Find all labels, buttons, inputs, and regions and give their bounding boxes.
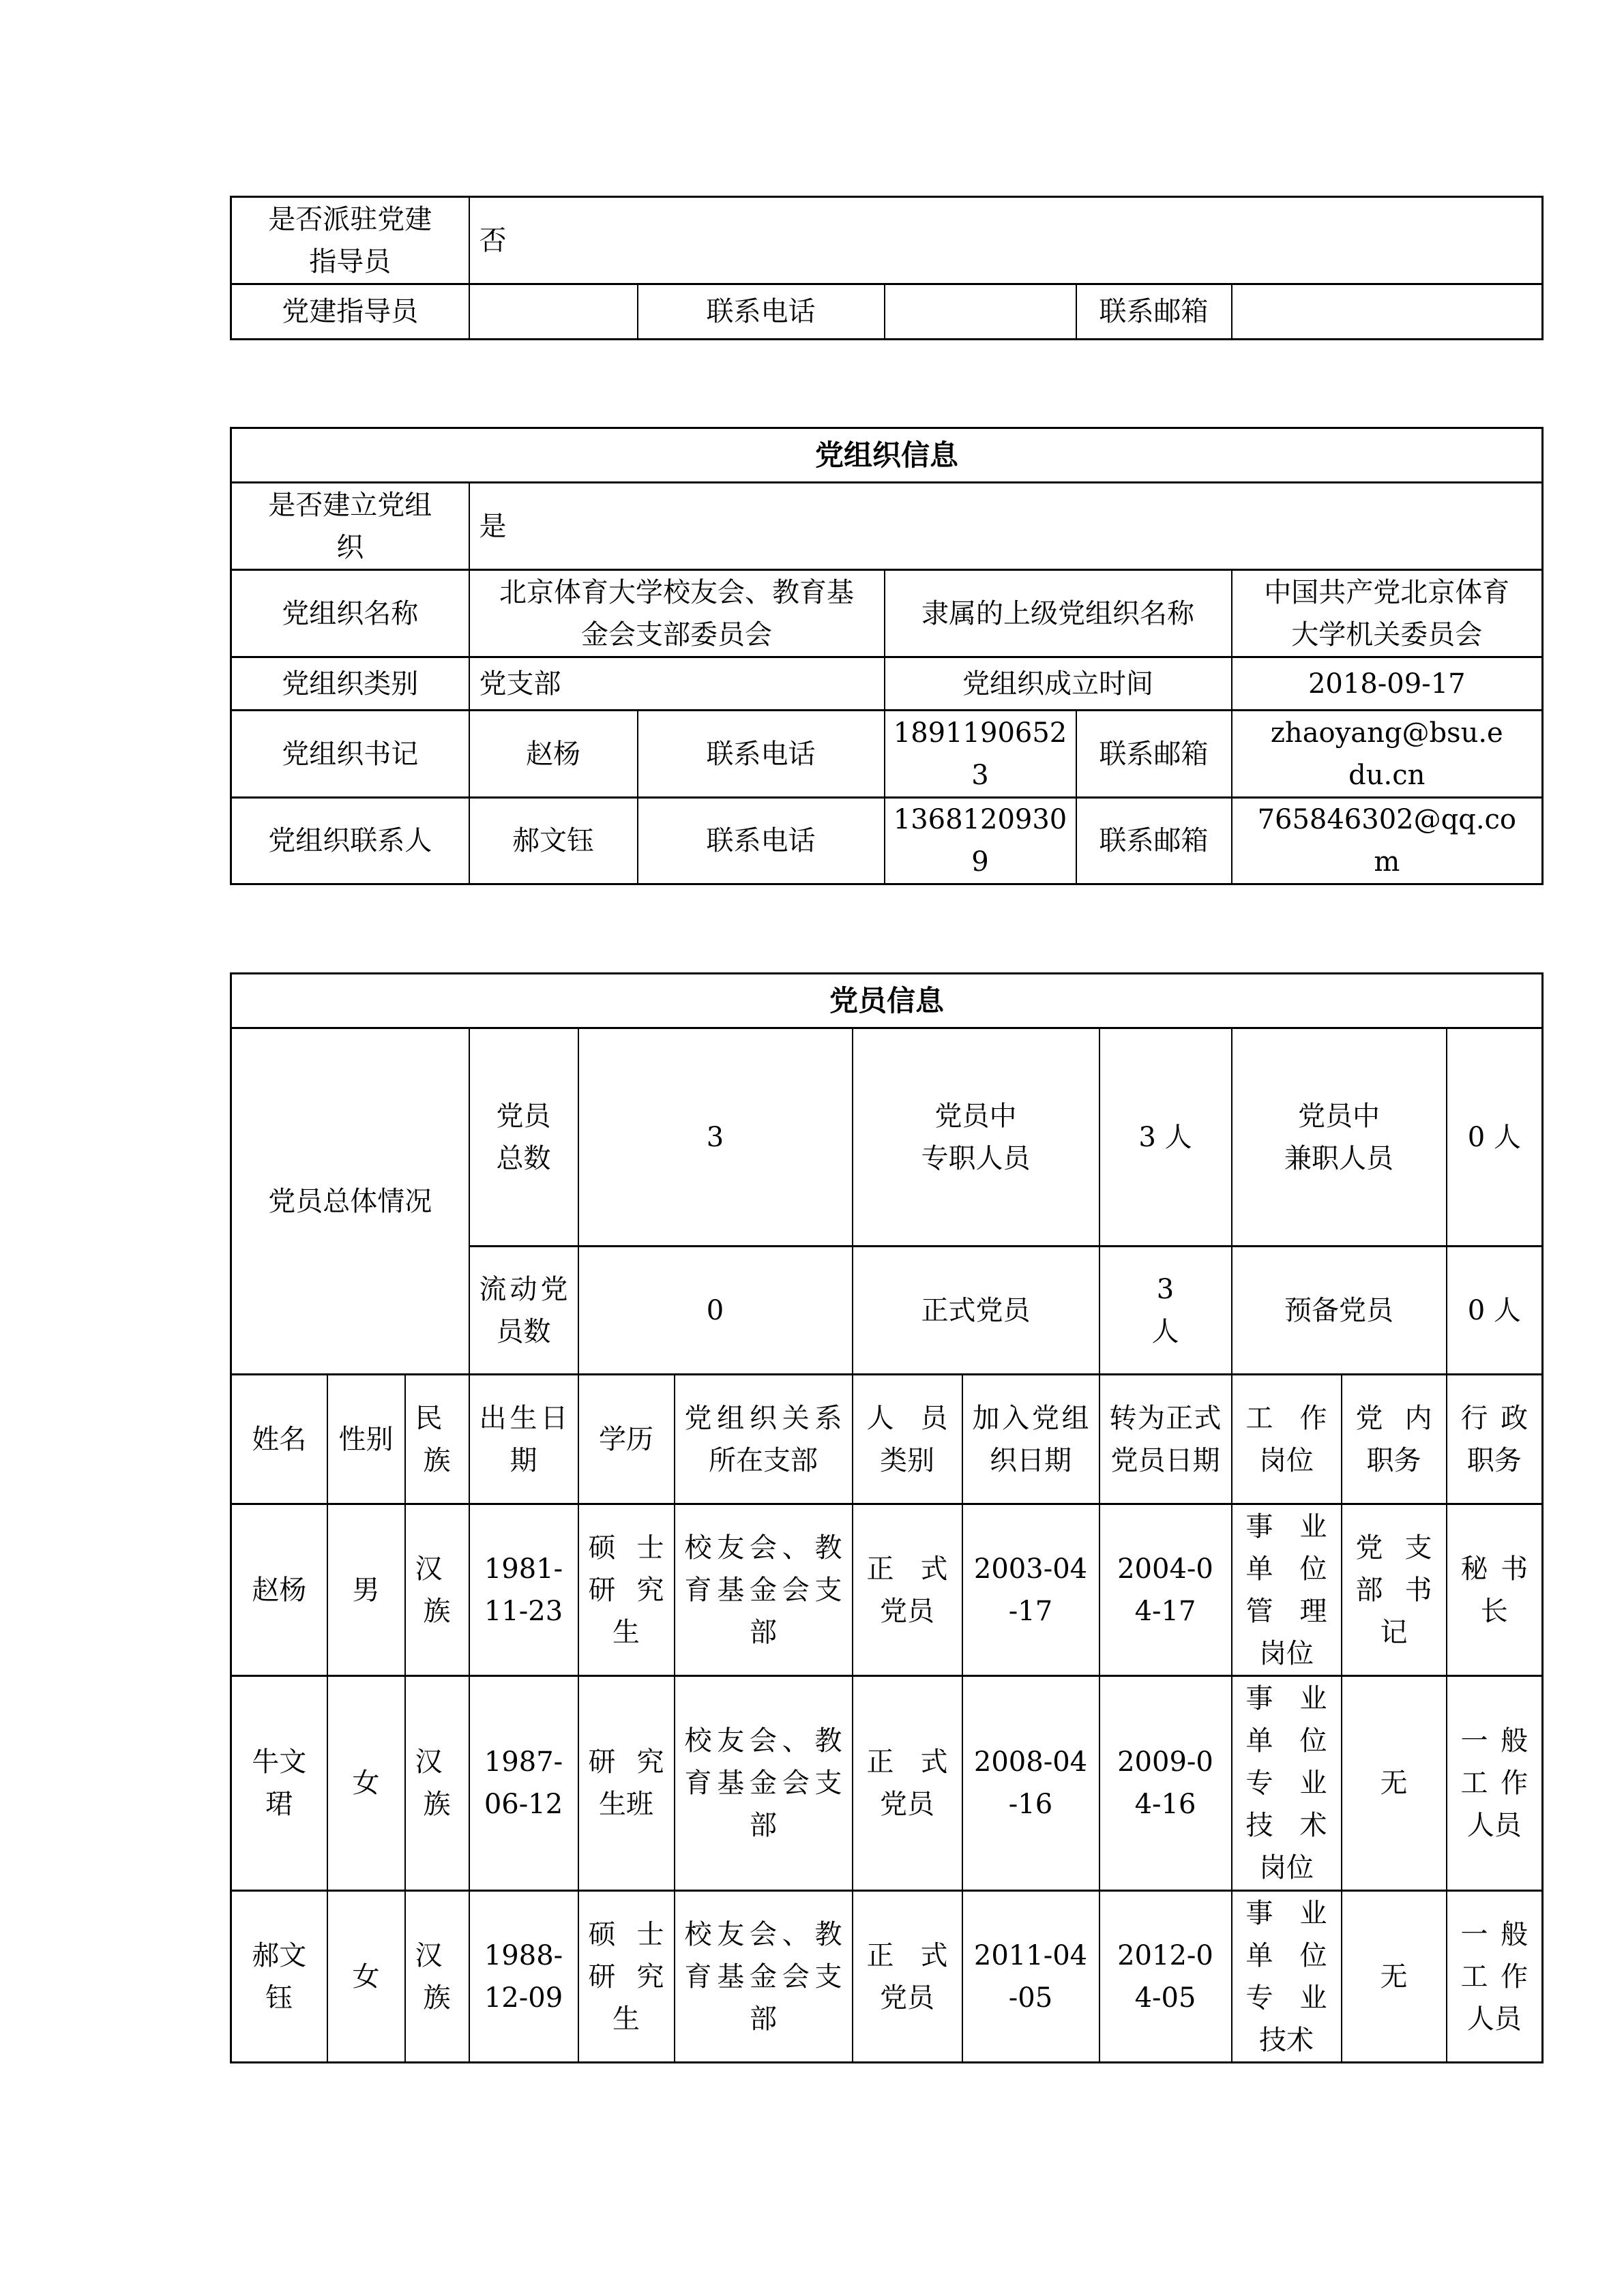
member-formal-date: 2012-04-05	[1099, 1891, 1232, 2063]
org-type-label: 党组织类别	[231, 657, 469, 711]
header-gender: 性别	[327, 1375, 405, 1504]
instructor-phone-label: 联系电话	[638, 284, 885, 340]
members-formal-label: 正式党员	[853, 1247, 1099, 1375]
member-type: 正式党员	[853, 1504, 962, 1676]
members-fulltime-value: 3 人	[1099, 1028, 1232, 1247]
members-probation-label: 预备党员	[1232, 1247, 1447, 1375]
member-branch: 校友会、教育基金会支部	[675, 1504, 853, 1676]
member-job-position: 事业单位专业技术岗位	[1232, 1676, 1342, 1891]
members-parttime-label: 党员中 兼职人员	[1232, 1028, 1447, 1247]
member-formal-date: 2004-04-17	[1099, 1504, 1232, 1676]
dispatched-instructor-label: 是否派驻党建指导员	[231, 197, 469, 284]
members-fulltime-label: 党员中 专职人员	[853, 1028, 1099, 1247]
members-total-value: 3	[578, 1028, 853, 1247]
header-ethnicity: 民族	[405, 1375, 469, 1504]
members-parttime-value: 0 人	[1447, 1028, 1543, 1247]
member-join-date: 2008-04-16	[962, 1676, 1099, 1891]
member-education: 硕士研究生	[578, 1504, 675, 1676]
member-party-post: 无	[1342, 1891, 1447, 2063]
org-contact-label: 党组织联系人	[231, 798, 469, 884]
header-party-post: 党内职务	[1342, 1375, 1447, 1504]
org-established-value: 是	[469, 483, 1543, 570]
instructor-table: 是否派驻党建指导员 否 党建指导员 联系电话 联系邮箱	[230, 196, 1544, 340]
members-formal-value: 3 人	[1099, 1247, 1232, 1375]
member-job-position: 事业单位专业技术	[1232, 1891, 1342, 2063]
members-table: 党员信息 党员总体情况 党员 总数 3 党员中 专职人员 3 人 党员中 兼职人…	[230, 972, 1544, 2063]
secretary-email-label: 联系邮箱	[1076, 711, 1232, 798]
org-name-label: 党组织名称	[231, 570, 469, 657]
member-formal-date: 2009-04-16	[1099, 1676, 1232, 1891]
members-table-title: 党员信息	[231, 974, 1543, 1028]
member-ethnicity: 汉族	[405, 1891, 469, 2063]
header-join-date: 加入党组织日期	[962, 1375, 1099, 1504]
header-job-position: 工作岗位	[1232, 1375, 1342, 1504]
members-probation-value: 0 人	[1447, 1247, 1543, 1375]
members-mobile-label: 流动党员数	[469, 1247, 578, 1375]
members-header-row: 姓名 性别 民族 出生日期 学历 党组织关系所在支部 人员类别 加入党组织日期 …	[231, 1375, 1543, 1504]
dispatched-instructor-value: 否	[469, 197, 1543, 284]
member-education: 硕士研究生	[578, 1891, 675, 2063]
header-member-type: 人员类别	[853, 1375, 962, 1504]
header-formal-date: 转为正式党员日期	[1099, 1375, 1232, 1504]
org-founded-label: 党组织成立时间	[885, 657, 1232, 711]
org-contact-phone-value: 13681209309	[885, 798, 1076, 884]
member-join-date: 2011-04-05	[962, 1891, 1099, 2063]
members-overview-label: 党员总体情况	[231, 1028, 469, 1375]
org-founded-value: 2018-09-17	[1232, 657, 1543, 711]
org-contact-name: 郝文钰	[469, 798, 638, 884]
member-ethnicity: 汉族	[405, 1504, 469, 1676]
members-total-label: 党员 总数	[469, 1028, 578, 1247]
secretary-phone-value: 18911906523	[885, 711, 1076, 798]
member-name: 赵杨	[231, 1504, 327, 1676]
member-name: 牛文珺	[231, 1676, 327, 1891]
member-row: 郝文钰 女 汉族 1988-12-09 硕士研究生 校友会、教育基金会支部 正式…	[231, 1891, 1543, 2063]
member-row: 赵杨 男 汉族 1981-11-23 硕士研究生 校友会、教育基金会支部 正式党…	[231, 1504, 1543, 1676]
org-contact-email-value: 765846302@qq.com	[1232, 798, 1543, 884]
secretary-label: 党组织书记	[231, 711, 469, 798]
secretary-email-value: zhaoyang@bsu.edu.cn	[1232, 711, 1543, 798]
member-job-position: 事业单位管理岗位	[1232, 1504, 1342, 1676]
member-admin-post: 一般工作人员	[1447, 1891, 1543, 2063]
member-ethnicity: 汉族	[405, 1676, 469, 1891]
member-admin-post: 秘书长	[1447, 1504, 1543, 1676]
org-type-value: 党支部	[469, 657, 885, 711]
parent-org-label: 隶属的上级党组织名称	[885, 570, 1232, 657]
member-branch: 校友会、教育基金会支部	[675, 1676, 853, 1891]
instructor-email-value	[1232, 284, 1543, 340]
header-name: 姓名	[231, 1375, 327, 1504]
member-name: 郝文钰	[231, 1891, 327, 2063]
member-party-post: 党支部书记	[1342, 1504, 1447, 1676]
org-info-table: 党组织信息 是否建立党组织 是 党组织名称 北京体育大学校友会、教育基金会支部委…	[230, 427, 1544, 885]
org-contact-email-label: 联系邮箱	[1076, 798, 1232, 884]
org-contact-phone-label: 联系电话	[638, 798, 885, 884]
parent-org-value: 中国共产党北京体育大学机关委员会	[1232, 570, 1543, 657]
members-mobile-value: 0	[578, 1247, 853, 1375]
member-type: 正式党员	[853, 1891, 962, 2063]
org-established-label: 是否建立党组织	[231, 483, 469, 570]
secretary-phone-label: 联系电话	[638, 711, 885, 798]
header-branch: 党组织关系所在支部	[675, 1375, 853, 1504]
member-admin-post: 一般工作人员	[1447, 1676, 1543, 1891]
header-education: 学历	[578, 1375, 675, 1504]
org-table-title: 党组织信息	[231, 428, 1543, 483]
document-page: 是否派驻党建指导员 否 党建指导员 联系电话 联系邮箱 党组织信息 是否建立党组…	[0, 0, 1624, 2296]
member-gender: 女	[327, 1676, 405, 1891]
member-education: 研究生班	[578, 1676, 675, 1891]
header-birthdate: 出生日期	[469, 1375, 578, 1504]
instructor-label: 党建指导员	[231, 284, 469, 340]
instructor-phone-value	[885, 284, 1076, 340]
instructor-email-label: 联系邮箱	[1076, 284, 1232, 340]
instructor-name-value	[469, 284, 638, 340]
member-gender: 女	[327, 1891, 405, 2063]
member-party-post: 无	[1342, 1676, 1447, 1891]
member-join-date: 2003-04-17	[962, 1504, 1099, 1676]
member-birthdate: 1988-12-09	[469, 1891, 578, 2063]
member-gender: 男	[327, 1504, 405, 1676]
header-admin-post: 行政职务	[1447, 1375, 1543, 1504]
member-branch: 校友会、教育基金会支部	[675, 1891, 853, 2063]
secretary-name: 赵杨	[469, 711, 638, 798]
member-birthdate: 1981-11-23	[469, 1504, 578, 1676]
member-row: 牛文珺 女 汉族 1987-06-12 研究生班 校友会、教育基金会支部 正式党…	[231, 1676, 1543, 1891]
member-birthdate: 1987-06-12	[469, 1676, 578, 1891]
member-type: 正式党员	[853, 1676, 962, 1891]
org-name-value: 北京体育大学校友会、教育基金会支部委员会	[469, 570, 885, 657]
